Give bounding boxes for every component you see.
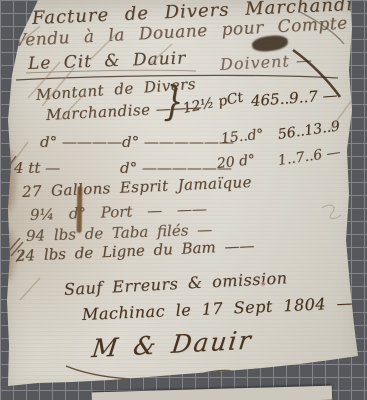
account-row3-amount: 1..7..6 — [277,144,342,169]
margin-stain-upper [0,148,16,212]
account-row3-qty: 20 d° [216,152,256,172]
debtor-name: Le Cit & Dauir [28,48,187,74]
faint-ghost-mark [322,205,341,218]
account-row1-rate: 12½ pCt [181,89,244,116]
signature: M & Dauir [90,325,254,363]
margin-stain-lower [0,228,15,280]
errors-excepted-line: Sauf Erreurs & omission [64,268,288,299]
manuscript-paper: Facture de Divers Marchandise Vendu à la… [0,0,367,400]
item-port: 9¼ d° Port — —— [30,200,208,224]
item-rum: 27 Gallons Esprit Jamaïque [22,173,253,201]
account-row2-amount: 56..13..9 [277,118,341,143]
second-paper-edge [92,386,332,400]
account-row2-cell1: d° ———— [40,133,122,151]
manuscript-photo: Facture de Divers Marchandise Vendu à la… [0,0,367,400]
account-row2-qty: 15..d° [220,127,264,147]
account-row1-amount: 465..9..7 — [250,86,338,110]
account-row2-cell2: d° —————— [122,133,234,151]
signature-flourish [66,366,262,389]
place-dateline: Machinac le 17 Sept 1804 — [82,293,354,324]
account-row3-cell1: 4 tt — [14,159,60,177]
debit-label: Doivent — [220,50,314,74]
